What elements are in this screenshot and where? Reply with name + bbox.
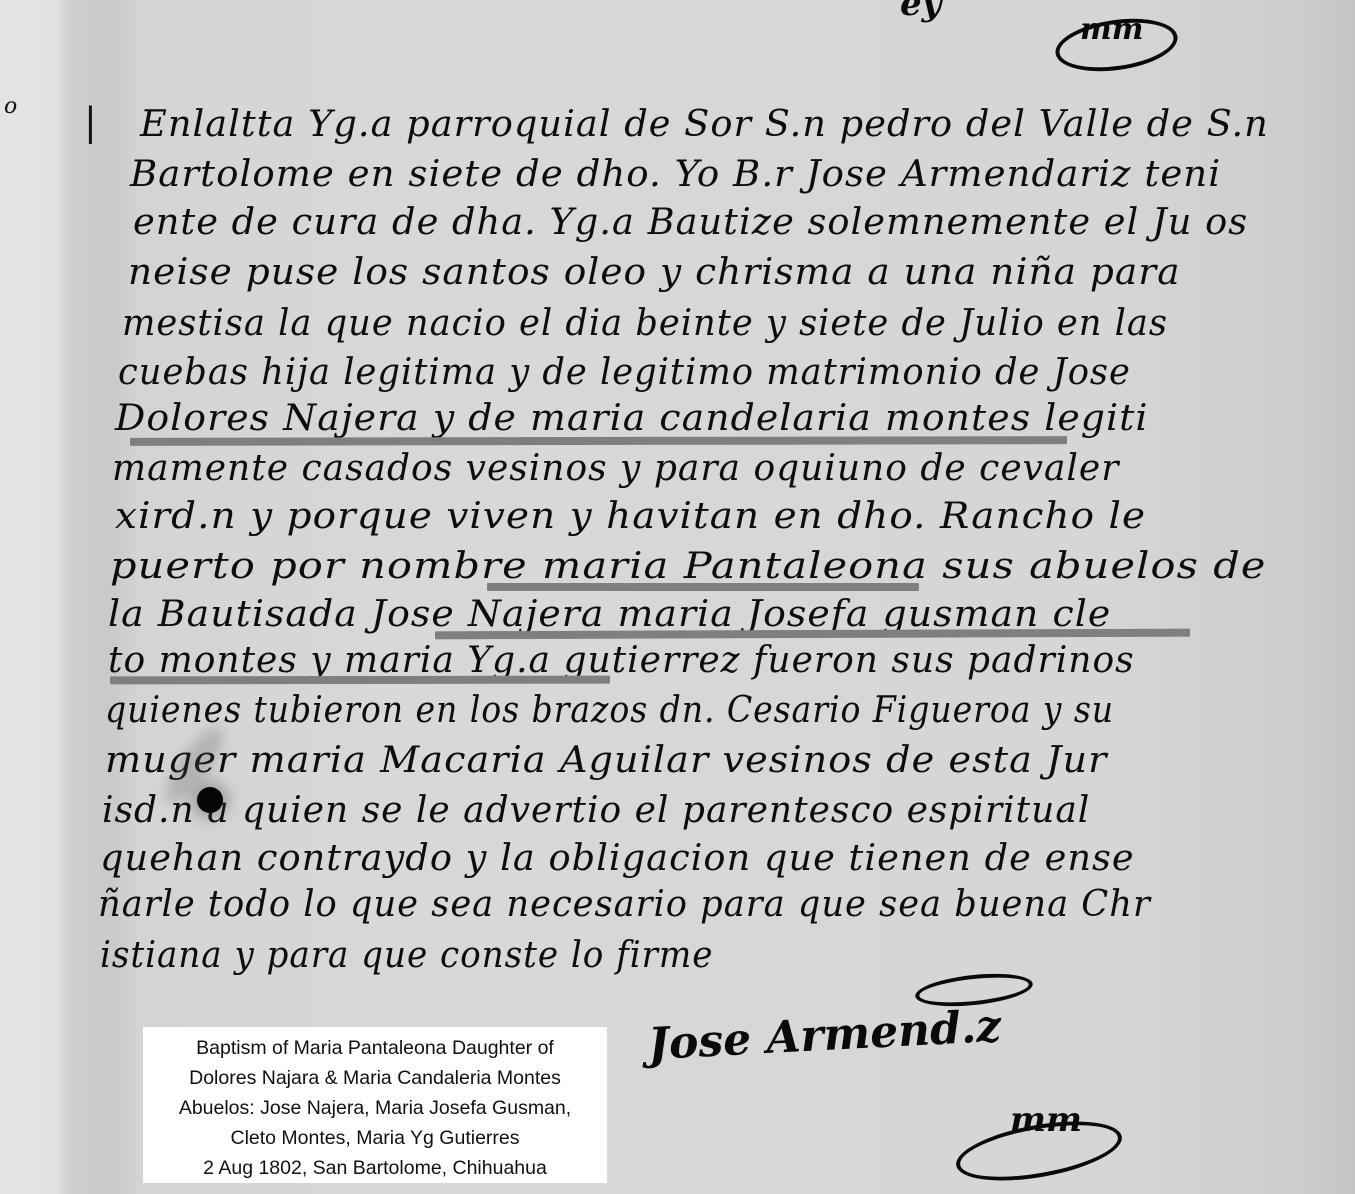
handwritten-line-9: xird.n y porque viven y havitan en dho. … — [115, 496, 1146, 537]
handwritten-line-1: Enlaltta Yg.a parroquial de Sor S.n pedr… — [140, 104, 1269, 145]
caption-line-4: Cleto Montes, Maria Yg Gutierres — [143, 1123, 607, 1153]
margin-mark-bar: | — [84, 100, 97, 144]
handwritten-line-15: isd.n a quien se le advertio el parentes… — [102, 790, 1090, 831]
handwritten-line-8: mamente casados vesinos y para oquiuno d… — [112, 448, 1119, 489]
handwritten-line-14: muger maria Macaria Aguilar vesinos de e… — [105, 740, 1107, 781]
handwritten-line-17: ñarle todo lo que sea necesario para que… — [98, 884, 1151, 925]
handwritten-line-16: quehan contraydo y la obligacion que tie… — [100, 838, 1135, 879]
underline-maternal-grandparents — [110, 676, 610, 685]
top-signature-fragment: ey — [900, 0, 941, 24]
underline-paternal-grandparents — [435, 629, 1190, 640]
document-scan: mm ey o | Enlaltta Yg.a parroquial de So… — [0, 0, 1355, 1194]
underline-child-name — [487, 583, 919, 591]
handwritten-line-3: ente de cura de dha. Yg.a Bautize solemn… — [133, 202, 1248, 243]
margin-mark-o: o — [4, 94, 17, 119]
handwritten-line-10: puerto por nombre maria Pantaleona sus a… — [110, 546, 1267, 587]
priest-signature: Jose Armend.z — [647, 1001, 1002, 1070]
caption-box: Baptism of Maria Pantaleona Daughter of … — [143, 1027, 607, 1183]
ink-blot — [197, 787, 223, 813]
handwritten-line-4: neise puse los santos oleo y chrisma a u… — [128, 252, 1181, 293]
handwritten-line-5: mestisa la que nacio el dia beinte y sie… — [122, 303, 1168, 344]
signature-rubric-top-loop — [914, 969, 1034, 1011]
caption-line-2: Dolores Najara & Maria Candaleria Montes — [143, 1063, 607, 1093]
signature-rubric-strokes: mm — [1010, 1100, 1082, 1140]
handwritten-line-12: to montes y maria Yg.a gutierrez fueron … — [108, 640, 1135, 681]
handwritten-line-6: cuebas hija legitima y de legitimo matri… — [118, 352, 1131, 393]
handwritten-line-18: istiana y para que conste lo firme — [100, 935, 713, 976]
caption-line-1: Baptism of Maria Pantaleona Daughter of — [143, 1033, 607, 1063]
caption-line-5: 2 Aug 1802, San Bartolome, Chihuahua — [143, 1153, 607, 1183]
caption-line-3: Abuelos: Jose Najera, Maria Josefa Gusma… — [143, 1093, 607, 1123]
underline-parents — [130, 436, 1067, 446]
handwritten-line-2: Bartolome en siete de dho. Yo B.r Jose A… — [130, 154, 1221, 195]
handwritten-line-7: Dolores Najera y de maria candelaria mon… — [115, 398, 1149, 439]
top-rubric-strokes: mm — [1080, 12, 1144, 47]
handwritten-line-13: quienes tubieron en los brazos dn. Cesar… — [105, 690, 1114, 731]
